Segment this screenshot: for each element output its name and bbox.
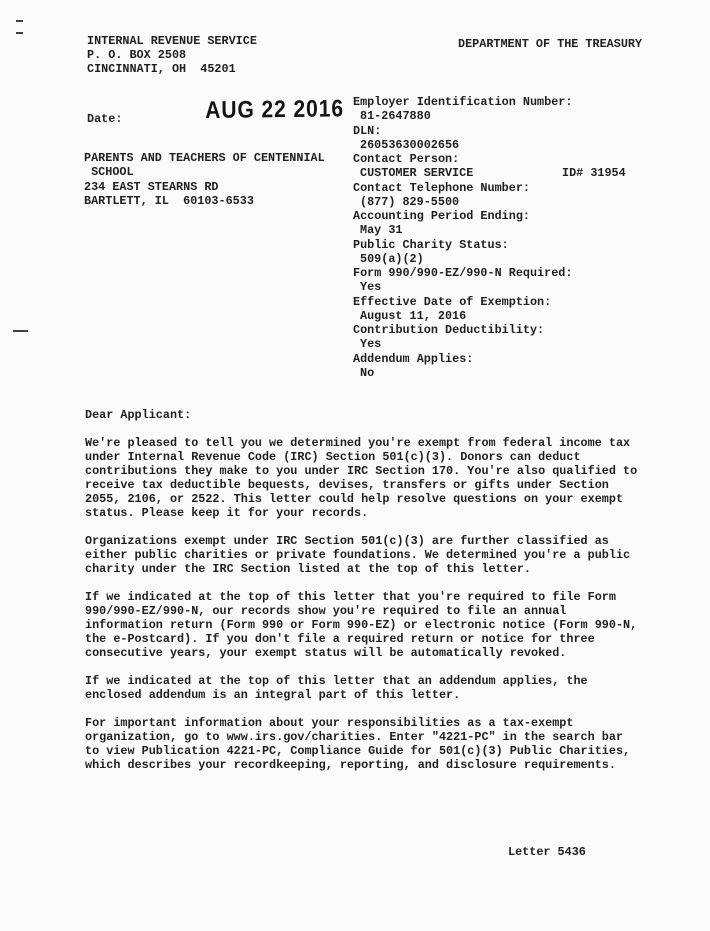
salutation: Dear Applicant: [85,408,637,422]
scan-margin-mark [16,20,23,22]
sender-name: INTERNAL REVENUE SERVICE [87,34,257,48]
detail-value: August 11, 2016 [353,309,572,323]
detail-row-contribution-deductibility: Contribution Deductibility: Yes [353,323,572,352]
detail-value: May 31 [353,223,572,237]
detail-value: 81-2647880 [353,109,572,123]
detail-row-contact-telephone: Contact Telephone Number: (877) 829-5500 [353,181,572,210]
date-label: Date: [87,112,122,126]
irs-letter-page: INTERNAL REVENUE SERVICE P. O. BOX 2508 … [0,0,710,931]
detail-row-ein: Employer Identification Number: 81-26478… [353,95,572,124]
letter-number: Letter 5436 [508,845,586,859]
detail-label: Contact Person: [353,152,572,166]
sender-address-block: INTERNAL REVENUE SERVICE P. O. BOX 2508 … [87,34,257,77]
paragraph-exempt-determination: We're pleased to tell you we determined … [85,436,637,520]
recipient-street: 234 EAST STEARNS RD [84,180,325,194]
recipient-name-line2: SCHOOL [84,165,325,179]
recipient-name-line1: PARENTS AND TEACHERS OF CENTENNIAL [84,151,325,165]
contact-id-number: ID# 31954 [562,166,626,180]
scan-margin-mark [13,330,28,332]
detail-value: Yes [353,337,572,351]
detail-value: CUSTOMER SERVICEID# 31954 [353,166,572,180]
scan-margin-mark [16,32,23,34]
detail-value: 26053630002656 [353,138,572,152]
detail-label: Employer Identification Number: [353,95,572,109]
detail-value: Yes [353,280,572,294]
detail-row-contact-person: Contact Person: CUSTOMER SERVICEID# 3195… [353,152,572,181]
detail-row-effective-date: Effective Date of Exemption: August 11, … [353,295,572,324]
detail-row-addendum-applies: Addendum Applies: No [353,352,572,381]
detail-label: Accounting Period Ending: [353,209,572,223]
detail-label: Effective Date of Exemption: [353,295,572,309]
detail-label: Form 990/990-EZ/990-N Required: [353,266,572,280]
sender-po-box: P. O. BOX 2508 [87,48,257,62]
detail-row-dln: DLN: 26053630002656 [353,124,572,153]
detail-value: 509(a)(2) [353,252,572,266]
sender-city-state-zip: CINCINNATI, OH 45201 [87,62,257,76]
contact-person-value: CUSTOMER SERVICE [360,166,473,180]
detail-value: (877) 829-5500 [353,195,572,209]
date-stamp: AUG 22 2016 [205,95,344,125]
paragraph-addendum: If we indicated at the top of this lette… [85,674,637,702]
letter-details-column: Employer Identification Number: 81-26478… [353,95,572,380]
detail-label: Contact Telephone Number: [353,181,572,195]
detail-label: Contribution Deductibility: [353,323,572,337]
detail-value: No [353,366,572,380]
detail-label: Addendum Applies: [353,352,572,366]
letter-body: Dear Applicant: We're pleased to tell yo… [85,408,637,772]
recipient-address-block: PARENTS AND TEACHERS OF CENTENNIAL SCHOO… [84,151,325,208]
paragraph-public-charity-classification: Organizations exempt under IRC Section 5… [85,534,637,576]
paragraph-filing-requirements: If we indicated at the top of this lette… [85,590,637,660]
detail-row-form-990-required: Form 990/990-EZ/990-N Required: Yes [353,266,572,295]
recipient-city-state-zip: BARTLETT, IL 60103-6533 [84,194,325,208]
department-of-treasury-label: DEPARTMENT OF THE TREASURY [458,37,642,51]
detail-row-accounting-period: Accounting Period Ending: May 31 [353,209,572,238]
paragraph-responsibilities: For important information about your res… [85,716,637,772]
detail-label: DLN: [353,124,572,138]
detail-label: Public Charity Status: [353,238,572,252]
detail-row-public-charity-status: Public Charity Status: 509(a)(2) [353,238,572,267]
